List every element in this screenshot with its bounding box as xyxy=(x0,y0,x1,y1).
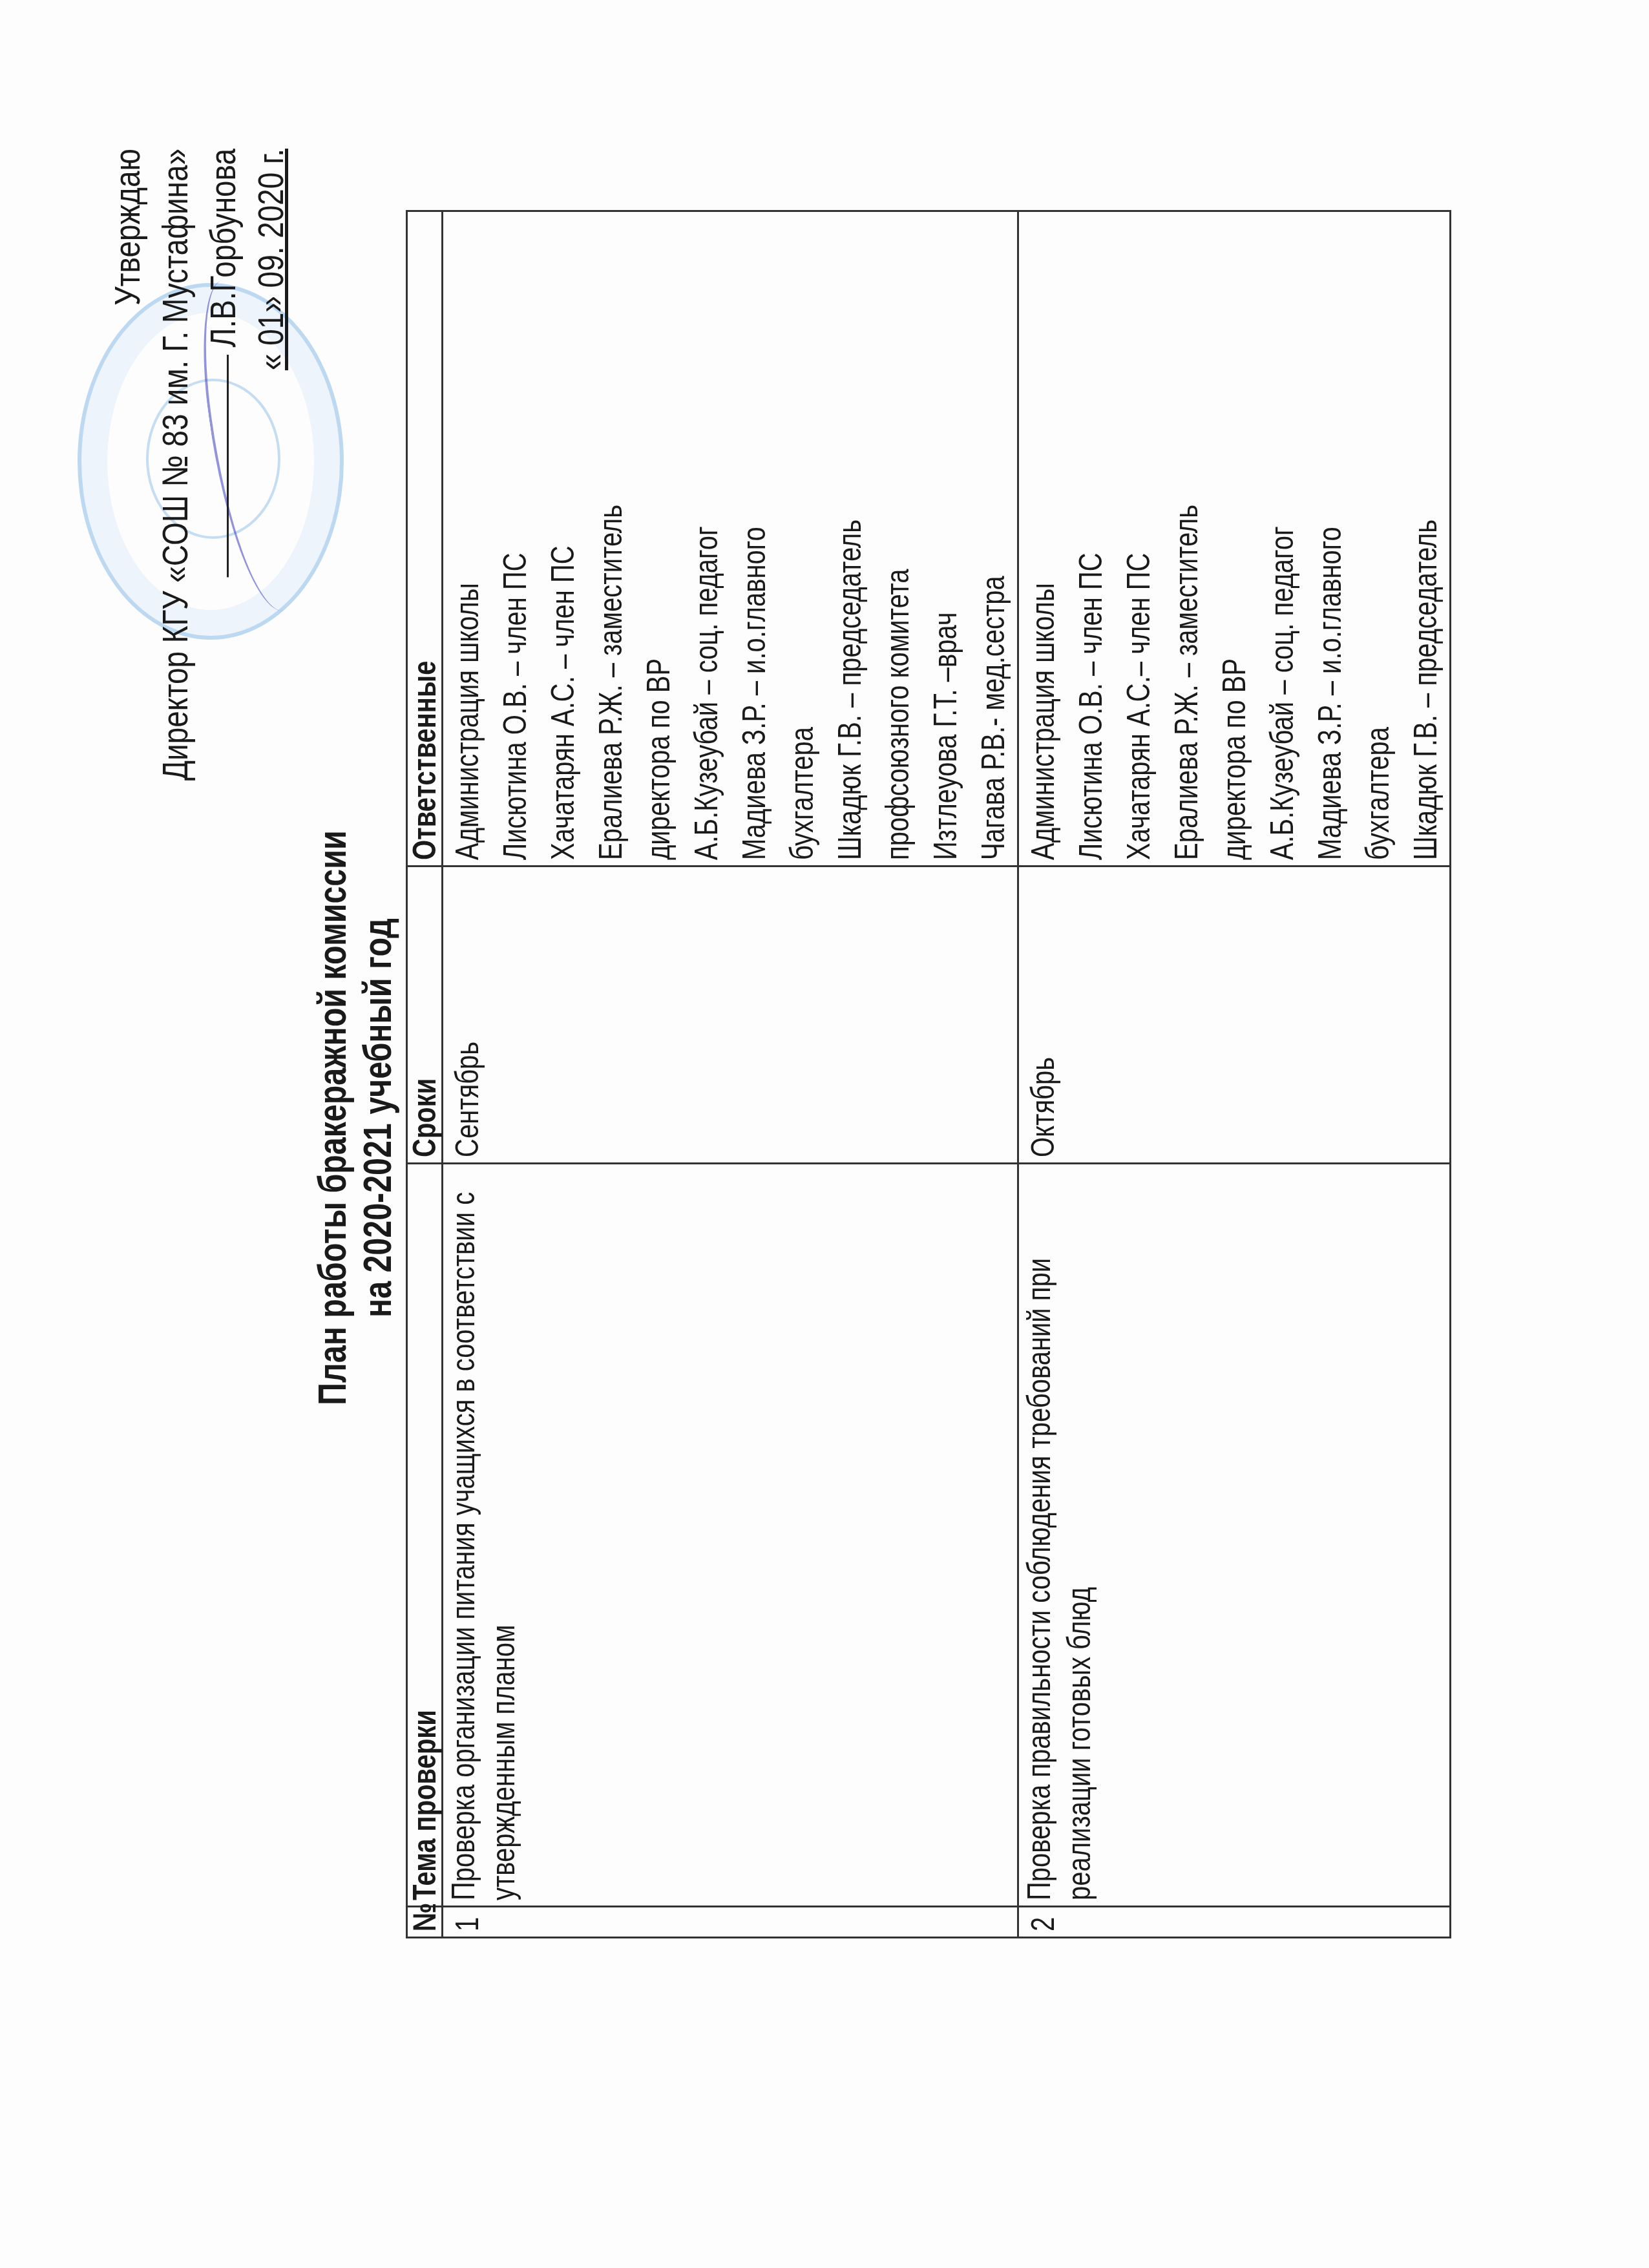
row-topic: Проверка правильности соблюдения требова… xyxy=(1018,1164,1451,1907)
responsible-item: бухгалтера xyxy=(778,505,826,860)
row-term: Октябрь xyxy=(1018,866,1451,1164)
responsible-item: Шкадюк Г.В. – председатель xyxy=(826,505,874,860)
responsible-item: Хачатарян А.С. – член ПС xyxy=(539,505,587,860)
rotated-page: Утверждаю Директор КГУ «СОШ № 83 им. Г. … xyxy=(0,0,1649,2268)
responsible-item: А.Б.Кузеубай – соц. педагог xyxy=(682,505,730,860)
row-responsible: Администрация школы Лисютина О.В. – член… xyxy=(443,211,1018,866)
table-row: 1 Проверка организации питания учащихся … xyxy=(443,211,1018,1938)
row-num: 1 xyxy=(443,1907,1018,1938)
responsible-item: Изтлеуова Г.Т. –врач xyxy=(921,505,969,860)
header-topic: Тема проверки xyxy=(407,1164,443,1907)
responsible-item: Мадиева З.Р. – и.о.главного xyxy=(1306,505,1354,860)
plan-table: № Тема проверки Сроки Ответственные 1 Пр… xyxy=(406,210,1451,1938)
approval-word: Утверждаю xyxy=(103,149,151,832)
table-row: 2 Проверка правильности соблюдения требо… xyxy=(1018,211,1451,1938)
responsible-item: Лисютина О.В. – член ПС xyxy=(491,505,539,860)
approval-date: « 01» 09. 2020 г. xyxy=(247,149,295,832)
title-line-1: План работы бракеражной комиссии xyxy=(310,801,355,1436)
responsible-item: директора по ВР xyxy=(1210,505,1258,860)
responsible-item: Администрация школы xyxy=(1019,505,1067,860)
responsible-item: Ералиева Р.Ж. – заместитель xyxy=(587,505,635,860)
responsible-item: Мадиева З.Р. – и.о.главного xyxy=(730,505,778,860)
responsible-item: Шкадюк Г.В. – председатель xyxy=(1402,505,1449,860)
header-num: № xyxy=(407,1907,443,1938)
responsible-item: Администрация школы xyxy=(443,505,491,860)
header-responsible: Ответственные xyxy=(407,211,443,866)
approval-name: Л.В.Горбунова xyxy=(202,149,243,348)
approval-position: Директор КГУ «СОШ № 83 им. Г. Мустафина» xyxy=(151,149,199,832)
responsible-item: бухгалтера xyxy=(1354,505,1402,860)
document-title: План работы бракеражной комиссии на 2020… xyxy=(310,801,401,1436)
responsible-item: Чагава Р.В.- мед.сестра xyxy=(969,505,1017,860)
responsible-item: директора по ВР xyxy=(635,505,682,860)
row-responsible: Администрация школы Лисютина О.В. – член… xyxy=(1018,211,1451,866)
row-term: Сентябрь xyxy=(443,866,1018,1164)
approval-block: Утверждаю Директор КГУ «СОШ № 83 им. Г. … xyxy=(103,149,295,832)
table-header-row: № Тема проверки Сроки Ответственные xyxy=(407,211,443,1938)
approval-signature-line: Л.В.Горбунова xyxy=(199,149,247,832)
title-line-2: на 2020-2021 учебный год xyxy=(355,801,401,1436)
responsible-item: Ералиева Р.Ж. – заместитель xyxy=(1162,505,1210,860)
responsible-item: профсоюзного комитета xyxy=(874,505,921,860)
signature-line xyxy=(227,355,229,577)
responsible-item: Хачатарян А.С.– член ПС xyxy=(1115,505,1162,860)
header-term: Сроки xyxy=(407,866,443,1164)
row-num: 2 xyxy=(1018,1907,1451,1938)
row-topic: Проверка организации питания учащихся в … xyxy=(443,1164,1018,1907)
responsible-item: Лисютина О.В. – член ПС xyxy=(1067,505,1115,860)
responsible-item: А.Б.Кузеубай – соц. педагог xyxy=(1258,505,1306,860)
